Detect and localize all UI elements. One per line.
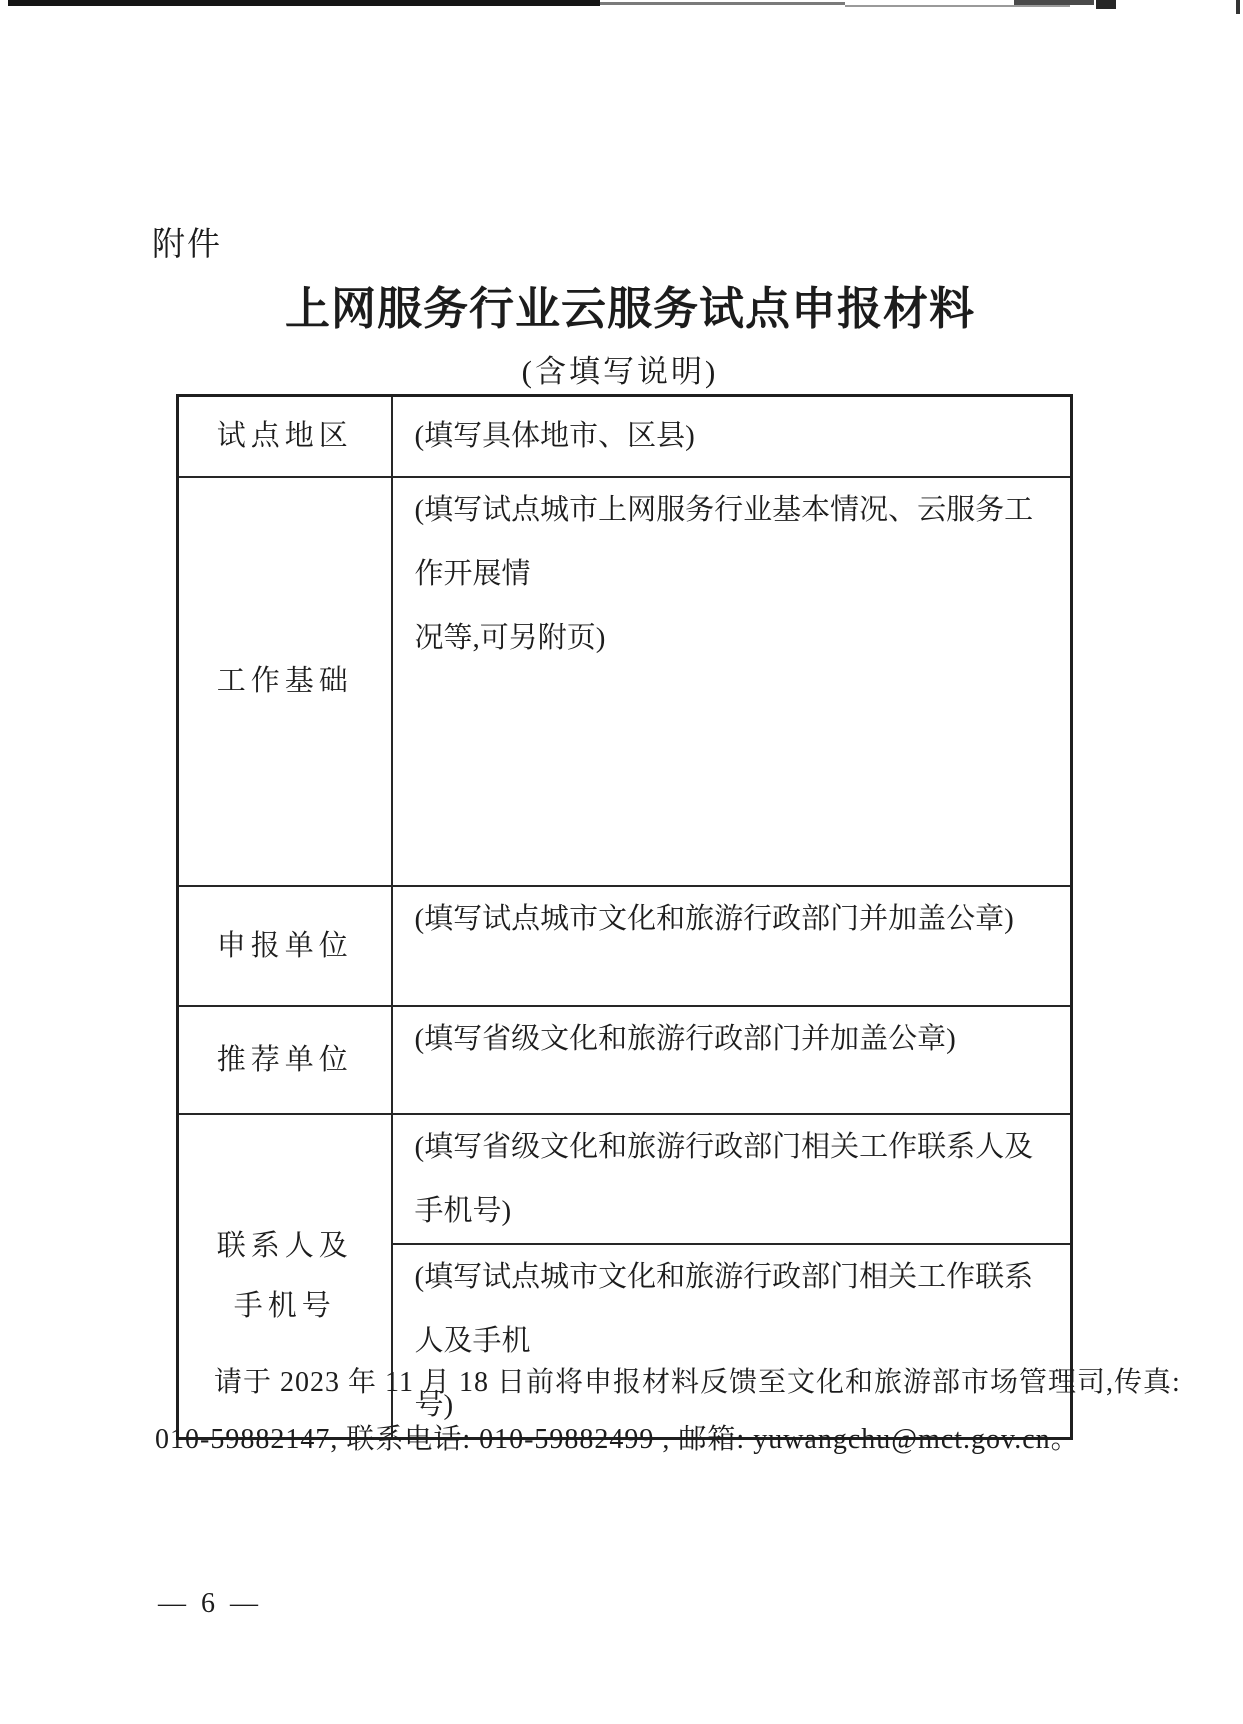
scan-artifact-line [8, 0, 600, 6]
scan-artifact-line [1014, 0, 1094, 5]
table-row-applicant-unit: 申报单位 (填写试点城市文化和旅游行政部门并加盖公章) [178, 886, 1072, 1006]
content-line: (填写省级文化和旅游行政部门相关工作联系人及手机号) [415, 1115, 1057, 1243]
content-line: (填写具体地市、区县) [415, 404, 1057, 468]
scan-artifact-line [600, 2, 845, 5]
row-content-pilot-area: (填写具体地市、区县) [392, 396, 1072, 477]
footer-contact-text: 010-59882147, 联系电话: 010-59882499 , 邮箱: y… [155, 1417, 1080, 1457]
document-title: 上网服务行业云服务试点申报材料 [10, 272, 1243, 337]
row-label-work-basis: 工作基础 [178, 477, 392, 886]
content-line: (填写省级文化和旅游行政部门并加盖公章) [415, 1007, 1057, 1071]
attachment-label: 附件 [152, 218, 222, 265]
content-line: 况等,可另附页) [415, 606, 1057, 670]
scan-artifact-line [845, 5, 1070, 7]
document-subtitle: (含填写说明) [0, 346, 1240, 391]
application-form-table: 试点地区 (填写具体地市、区县) 工作基础 (填写试点城市上网服务行业基本情况、… [176, 394, 1073, 1440]
scanned-document-page: 附件 上网服务行业云服务试点申报材料 (含填写说明) 试点地区 (填写具体地市、… [0, 0, 1243, 1724]
table-row-recommending-unit: 推荐单位 (填写省级文化和旅游行政部门并加盖公章) [178, 1006, 1072, 1114]
row-content-applicant-unit: (填写试点城市文化和旅游行政部门并加盖公章) [392, 886, 1072, 1006]
scan-artifact-line [1096, 0, 1116, 9]
table-row-contact-provincial: 联系人及 手机号 (填写省级文化和旅游行政部门相关工作联系人及手机号) [178, 1114, 1072, 1244]
row-content-recommending-unit: (填写省级文化和旅游行政部门并加盖公章) [392, 1006, 1072, 1114]
row-content-contact-city: (填写试点城市文化和旅游行政部门相关工作联系人及手机 号) [392, 1244, 1072, 1439]
footer-deadline-text: 请于 2023 年 11 月 18 日前将申报材料反馈至文化和旅游部市场管理司,… [214, 1360, 1181, 1400]
label-line: 手机号 [179, 1276, 391, 1336]
row-label-recommending-unit: 推荐单位 [178, 1006, 392, 1114]
row-content-work-basis: (填写试点城市上网服务行业基本情况、云服务工作开展情 况等,可另附页) [392, 477, 1072, 886]
table-row-work-basis: 工作基础 (填写试点城市上网服务行业基本情况、云服务工作开展情 况等,可另附页) [178, 477, 1072, 886]
scan-artifact-line [1236, 0, 1240, 14]
table-row-pilot-area: 试点地区 (填写具体地市、区县) [178, 396, 1072, 477]
content-line: (填写试点城市文化和旅游行政部门相关工作联系人及手机 [415, 1245, 1057, 1373]
content-line: (填写试点城市文化和旅游行政部门并加盖公章) [415, 887, 1057, 951]
row-content-contact-provincial: (填写省级文化和旅游行政部门相关工作联系人及手机号) [392, 1114, 1072, 1244]
content-line: (填写试点城市上网服务行业基本情况、云服务工作开展情 [415, 478, 1057, 606]
row-label-pilot-area: 试点地区 [178, 396, 392, 477]
page-number: — 6 — [158, 1588, 262, 1620]
label-line: 联系人及 [179, 1216, 391, 1276]
row-label-applicant-unit: 申报单位 [178, 886, 392, 1006]
